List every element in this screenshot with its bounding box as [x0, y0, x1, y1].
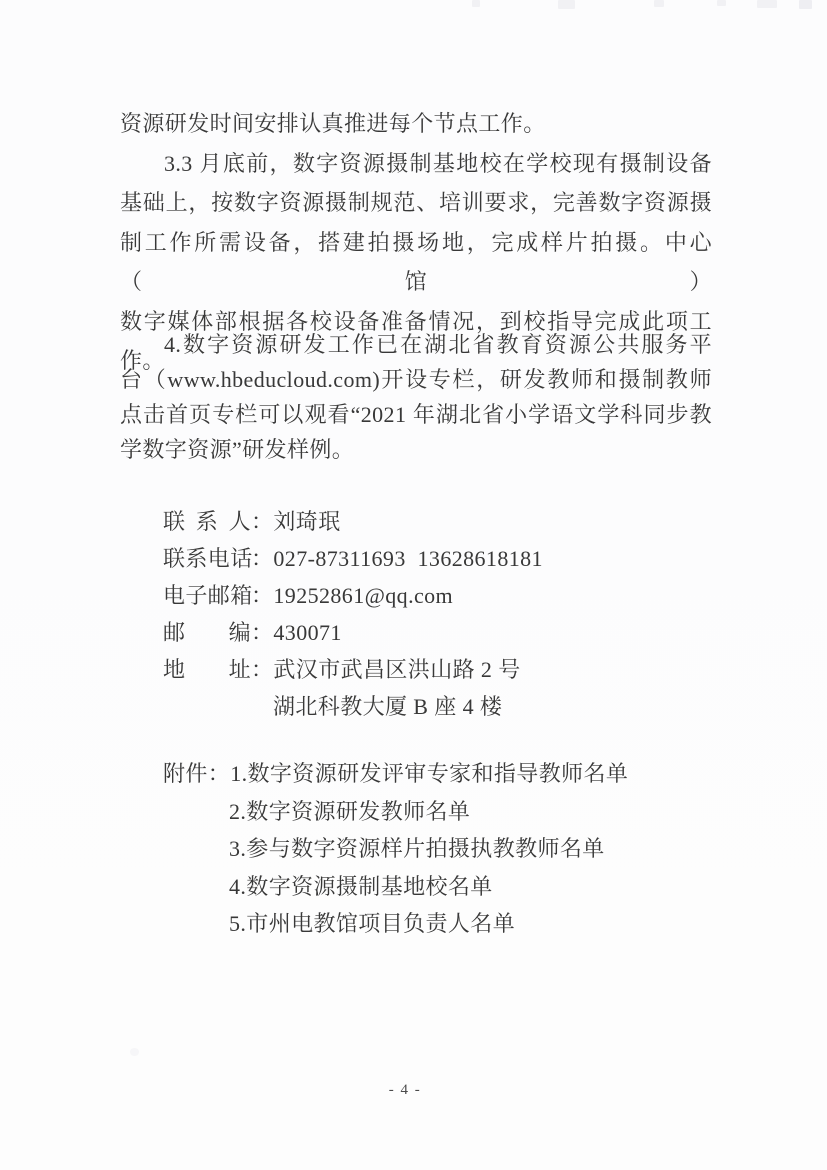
body-line: 基础上，按数字资源摄制规范、培训要求，完善数字资源摄 — [120, 183, 712, 223]
attachment-item: 2.数字资源研发教师名单 — [229, 793, 628, 831]
attachment-text: 5.市州电教馆项目负责人名单 — [229, 911, 515, 936]
body-line: 学数字资源”研发样例。 — [120, 432, 712, 467]
contact-value: 19252861@qq.com — [273, 583, 453, 608]
contact-colon: ： — [251, 540, 273, 577]
body-line: 4.数字资源研发工作已在湖北省教育资源公共服务平 — [120, 327, 712, 362]
body-line: 台（www.hbeducloud.com)开设专栏，研发教师和摄制教师 — [120, 362, 712, 397]
attachment-text: 3.参与数字资源样片拍摄执教教师名单 — [229, 836, 605, 861]
contact-label: 电子邮箱 — [163, 577, 251, 614]
contact-colon: ： — [251, 614, 273, 651]
body-line: 制工作所需设备，搭建拍摄场地，完成样片拍摄。中心（馆） — [120, 223, 712, 302]
attachment-text: 1.数字资源研发评审专家和指导教师名单 — [230, 761, 628, 786]
attachment-text: 4.数字资源摄制基地校名单 — [229, 874, 493, 899]
contact-row-person: 联系人：刘琦珉 — [163, 503, 543, 540]
attachment-text: 2.数字资源研发教师名单 — [229, 799, 470, 824]
contact-address-line2: 湖北科教大厦 B 座 4 楼 — [273, 688, 543, 725]
attachment-item: 附件：1.数字资源研发评审专家和指导教师名单 — [163, 755, 628, 793]
document-page: 资源研发时间安排认真推进每个节点工作。 3.3 月底前，数字资源摄制基地校在学校… — [0, 0, 827, 1170]
body-line: 资源研发时间安排认真推进每个节点工作。 — [120, 104, 712, 144]
attachments-block: 附件：1.数字资源研发评审专家和指导教师名单 2.数字资源研发教师名单 3.参与… — [163, 755, 628, 943]
body-line: 点击首页专栏可以观看“2021 年湖北省小学语文学科同步教 — [120, 397, 712, 432]
scan-artifact — [472, 0, 480, 7]
scan-artifact — [654, 0, 664, 7]
contact-row-address: 地址：武汉市武昌区洪山路 2 号 — [163, 651, 543, 688]
scan-artifact — [799, 0, 812, 9]
contact-row-postcode: 邮编：430071 — [163, 614, 543, 651]
scan-artifact — [757, 0, 777, 8]
attachment-item: 5.市州电教馆项目负责人名单 — [229, 905, 628, 943]
body-line: 3.3 月底前，数字资源摄制基地校在学校现有摄制设备 — [120, 144, 712, 184]
contact-label: 联系人 — [163, 503, 251, 540]
attachment-item: 4.数字资源摄制基地校名单 — [229, 868, 628, 906]
scan-artifact — [717, 0, 726, 6]
contact-value: 武汉市武昌区洪山路 2 号 — [273, 657, 520, 682]
contact-row-email: 电子邮箱：19252861@qq.com — [163, 577, 543, 614]
body-paragraph-group-b: 4.数字资源研发工作已在湖北省教育资源公共服务平 台（www.hbeduclou… — [120, 327, 712, 467]
attachments-label: 附件： — [163, 761, 230, 786]
contact-colon: ： — [251, 577, 273, 614]
contact-label: 邮编 — [163, 614, 251, 651]
contact-label: 联系电话 — [163, 540, 251, 577]
scan-artifact — [130, 1048, 139, 1056]
page-number: - 4 - — [0, 1082, 810, 1099]
contact-value: 刘琦珉 — [273, 509, 340, 534]
scan-artifact — [558, 0, 575, 9]
contact-colon: ： — [251, 651, 273, 688]
contact-value: 027-87311693 13628618181 — [273, 546, 543, 571]
contact-row-phone: 联系电话：027-87311693 13628618181 — [163, 540, 543, 577]
attachment-item: 3.参与数字资源样片拍摄执教教师名单 — [229, 830, 628, 868]
contact-block: 联系人：刘琦珉 联系电话：027-87311693 13628618181 电子… — [163, 503, 543, 725]
contact-value: 430071 — [273, 620, 341, 645]
contact-colon: ： — [251, 503, 273, 540]
contact-label: 地址 — [163, 651, 251, 688]
